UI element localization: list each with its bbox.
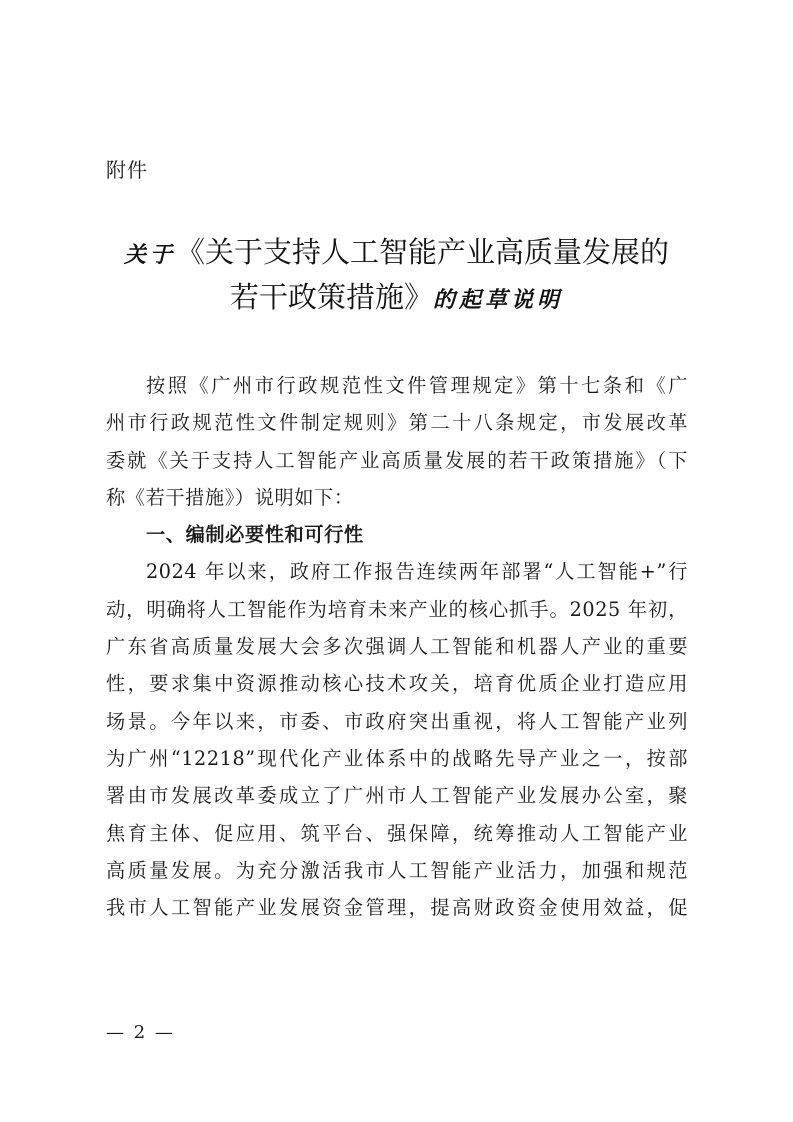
paragraph-line: 署由市发展改革委成立了广州市人工智能产业发展办公室，聚	[106, 777, 688, 814]
paragraph-line: 我市人工智能产业发展资金管理，提高财政资金使用效益，促	[106, 889, 688, 926]
document-title-line-2: 若干政策措施》的起草说明	[0, 275, 793, 322]
paragraph-line: 州市行政规范性文件制定规则》第二十八条规定，市发展改革	[106, 404, 688, 441]
paragraph-line: 动，明确将人工智能作为培育未来产业的核心抓手。2025 年初，	[106, 591, 688, 628]
title-prefix: 关于	[124, 242, 176, 268]
intro-paragraph: 按照《广州市行政规范性文件管理规定》第十七条和《广 州市行政规范性文件制定规则》…	[106, 367, 688, 926]
section-heading: 一、编制必要性和可行性	[106, 516, 688, 553]
title-suffix: 的起草说明	[433, 287, 563, 313]
title-main-2: 若干政策措施》	[230, 280, 433, 314]
paragraph-line: 委就《关于支持人工智能产业高质量发展的若干政策措施》（下	[106, 442, 688, 479]
attachment-label: 附件	[106, 154, 148, 183]
paragraph-line: 2024 年以来，政府工作报告连续两年部署“人工智能+”行	[106, 553, 688, 590]
page-number: — 2 —	[106, 1022, 175, 1043]
paragraph-line: 场景。今年以来，市委、市政府突出重视，将人工智能产业列	[106, 703, 688, 740]
title-main-1: 《关于支持人工智能产业高质量发展的	[176, 235, 669, 269]
paragraph-line: 性，要求集中资源推动核心技术攻关，培育优质企业打造应用	[106, 665, 688, 702]
document-title-line-1: 关于《关于支持人工智能产业高质量发展的	[0, 230, 793, 277]
paragraph-line: 高质量发展。为充分激活我市人工智能产业活力，加强和规范	[106, 852, 688, 889]
paragraph-line: 为广州“12218”现代化产业体系中的战略先导产业之一，按部	[106, 740, 688, 777]
paragraph-line: 称《若干措施》）说明如下：	[106, 479, 688, 516]
paragraph-line: 广东省高质量发展大会多次强调人工智能和机器人产业的重要	[106, 628, 688, 665]
paragraph-line: 焦育主体、促应用、筑平台、强保障，统筹推动人工智能产业	[106, 815, 688, 852]
paragraph-line: 按照《广州市行政规范性文件管理规定》第十七条和《广	[106, 367, 688, 404]
